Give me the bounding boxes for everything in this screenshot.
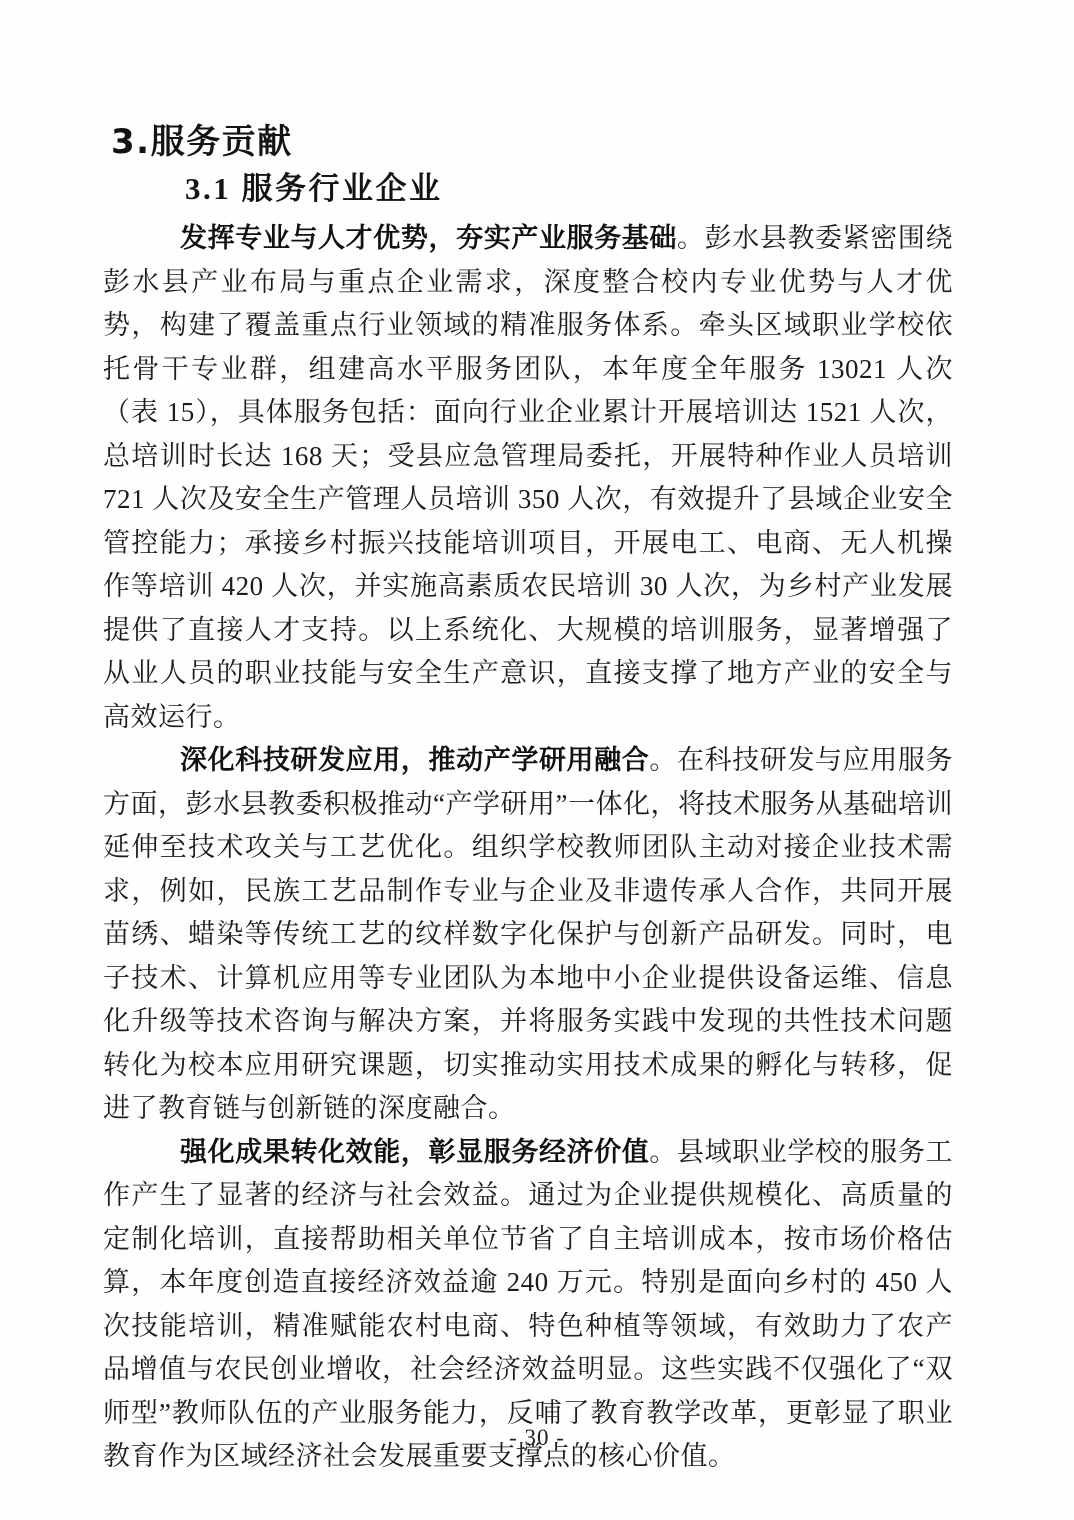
document-page: 3.服务贡献 3.1 服务行业企业 发挥专业与人才优势，夯实产业服务基础。彭水县… <box>0 0 1074 1520</box>
subsection-heading: 3.1 服务行业企业 <box>185 169 953 209</box>
page-number: - 30 - <box>0 1424 1074 1452</box>
body-paragraph-1: 发挥专业与人才优势，夯实产业服务基础。彭水县教委紧密围绕彭水县产业布局与重点企业… <box>103 217 953 739</box>
paragraph-1-text: 。彭水县教委紧密围绕彭水县产业布局与重点企业需求，深度整合校内专业优势与人才优势… <box>103 223 953 732</box>
paragraph-2-text: 。在科技研发与应用服务方面，彭水县教委积极推动“产学研用”一体化，将技术服务从基… <box>103 745 953 1123</box>
paragraph-3-text: 。县域职业学校的服务工作产生了显著的经济与社会效益。通过为企业提供规模化、高质量… <box>103 1137 953 1472</box>
paragraph-3-lead-bold: 强化成果转化效能，彰显服务经济价值 <box>180 1137 649 1167</box>
section-heading: 3.服务贡献 <box>111 121 953 163</box>
paragraph-1-lead-bold: 发挥专业与人才优势，夯实产业服务基础 <box>180 223 677 253</box>
body-paragraph-2: 深化科技研发应用，推动产学研用融合。在科技研发与应用服务方面，彭水县教委积极推动… <box>103 739 953 1131</box>
paragraph-2-lead-bold: 深化科技研发应用，推动产学研用融合 <box>180 745 649 775</box>
document-content: 3.服务贡献 3.1 服务行业企业 发挥专业与人才优势，夯实产业服务基础。彭水县… <box>103 121 953 1479</box>
